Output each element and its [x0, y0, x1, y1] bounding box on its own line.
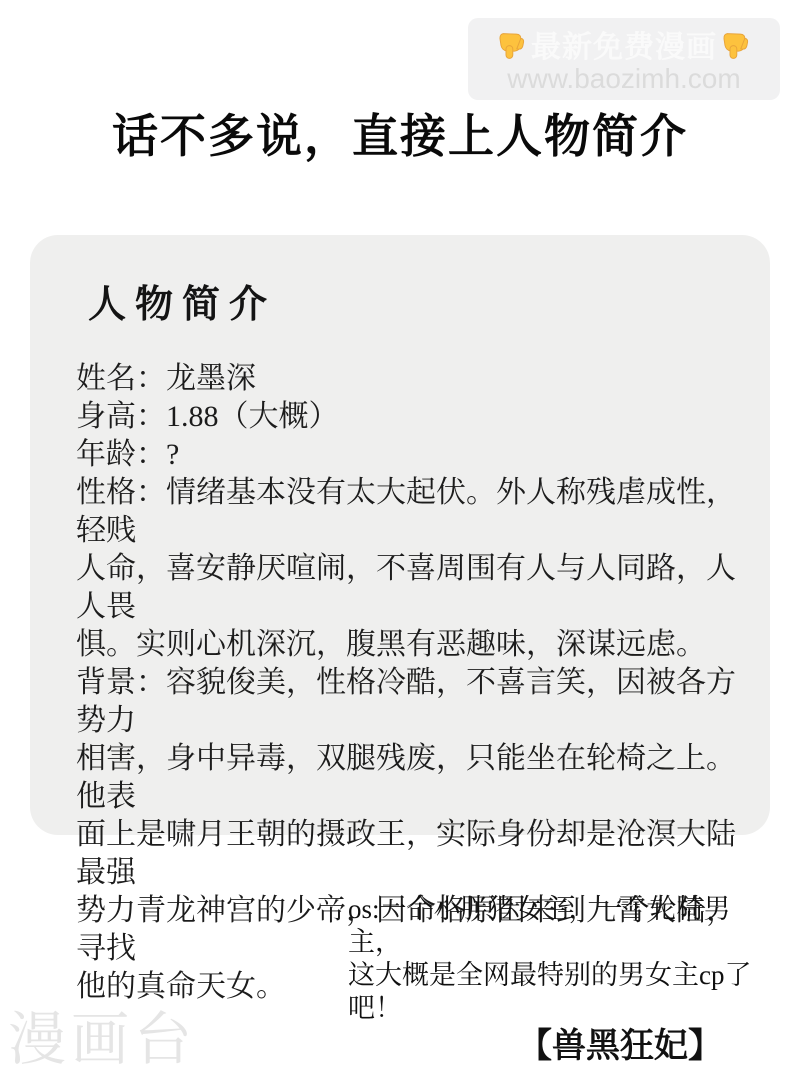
field-height: 身高：1.88（大概）	[76, 398, 740, 436]
pointer-down-icon	[720, 28, 752, 60]
character-intro-card: 人物简介 姓名：龙墨深 身高：1.88（大概） 年龄：? 性格：情绪基本没有太大…	[30, 235, 770, 835]
platform-watermark: 漫画台	[8, 992, 197, 1072]
pointer-down-icon	[496, 28, 528, 60]
field-name: 姓名：龙墨深	[76, 360, 740, 398]
promo-banner-text: 最新免费漫画	[531, 22, 717, 66]
page-title: 话不多说，直接上人物简介	[0, 100, 800, 166]
author-os-note: os:一个小胖猪女主，一个轮椅男主， 这大概是全网最特别的男女主cp了吧！	[348, 893, 778, 1025]
card-header: 人物简介	[88, 273, 740, 328]
field-personality: 性格：情绪基本没有太大起伏。外人称残虐成性，轻贱 人命，喜安静厌喧闹，不喜周围有…	[76, 474, 740, 664]
field-age: 年龄：?	[76, 436, 740, 474]
promo-banner-url: www.baozimh.com	[507, 63, 740, 95]
promo-banner-line1: 最新免费漫画	[496, 23, 752, 65]
promo-banner: 最新免费漫画 www.baozimh.com	[468, 18, 780, 100]
